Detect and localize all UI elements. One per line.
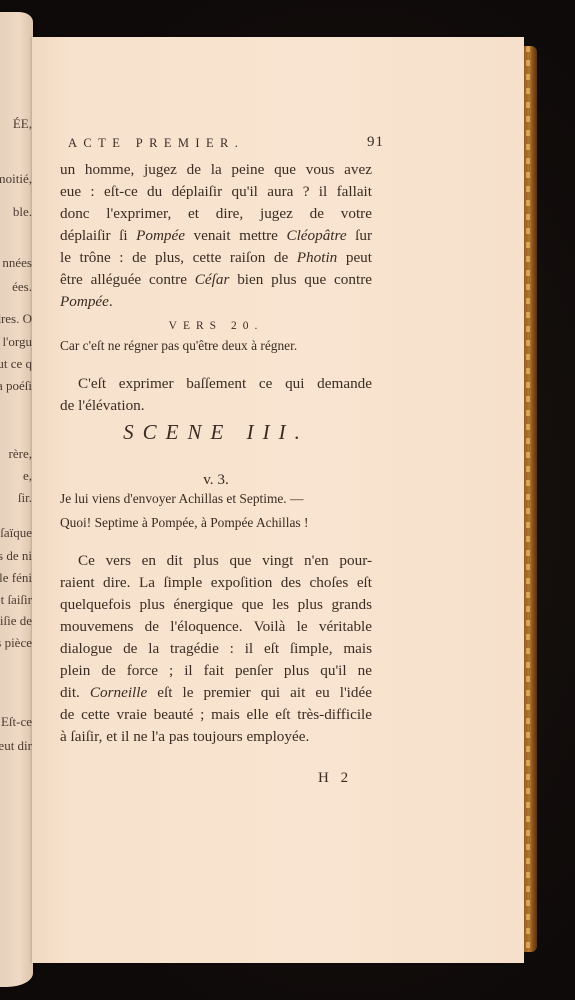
name-cesar: Céſar bbox=[195, 271, 230, 288]
left-page-text-fragment: ſaïque bbox=[0, 526, 32, 539]
text-line: raient dire. La ſimple expoſition des ch… bbox=[60, 572, 372, 594]
text-line: un homme, jugez de la peine que vous ave… bbox=[60, 159, 372, 181]
page-number: 91 bbox=[367, 134, 384, 151]
text-line: le trône : de plus, cette raiſon de Phot… bbox=[60, 247, 372, 269]
text-line: plein de force ; il fait penſer plus qu'… bbox=[60, 660, 372, 682]
name-corneille: Corneille bbox=[90, 684, 147, 701]
left-page-text-fragment: ſir. bbox=[18, 491, 32, 504]
scene-heading: SCENE III. bbox=[60, 421, 372, 443]
name-photin: Photin bbox=[297, 249, 338, 266]
left-page-text-fragment: yle féni bbox=[0, 571, 32, 584]
text-line: de cette vraie beauté ; mais elle eſt tr… bbox=[60, 704, 372, 726]
paragraph-2: C'eſt exprimer baſſement ce qui demande … bbox=[60, 373, 372, 417]
left-page-edge: ÉE,moitié,ble.nnéesées.dres. Oe l'orguou… bbox=[0, 12, 33, 987]
paragraph-1: un homme, jugez de la peine que vous ave… bbox=[60, 159, 372, 313]
signature-mark: H 2 bbox=[318, 767, 352, 789]
running-head-title: ACTE PREMIER. bbox=[68, 136, 244, 150]
name-pompee: Pompée bbox=[136, 227, 185, 244]
text-line: dialogue de la tragédie : il eſt ſimple,… bbox=[60, 638, 372, 660]
quoted-verse-2: Je lui viens d'envoyer Achillas et Septi… bbox=[60, 487, 372, 535]
left-page-text-fragment: ſaiſie de bbox=[0, 614, 32, 627]
verse-line: Je lui viens d'envoyer Achillas et Septi… bbox=[60, 487, 372, 511]
text-line: à ſaiſir, et il ne l'a pas toujours empl… bbox=[60, 726, 372, 748]
text-line: C'eſt exprimer baſſement ce qui demande bbox=[60, 373, 372, 395]
text-line: quelquefois plus énergique que les plus … bbox=[60, 594, 372, 616]
left-page-text-fragment: a poéſi bbox=[0, 379, 32, 392]
left-page-text-fragment: ées. bbox=[12, 280, 32, 293]
text-line: Pompée. bbox=[60, 291, 372, 313]
left-page-text-fragment: dres. O bbox=[0, 312, 32, 325]
left-page-text-fragment: moitié, bbox=[0, 172, 32, 185]
left-page-text-fragment: eut dir bbox=[0, 739, 32, 752]
running-head: ACTE PREMIER. 91 bbox=[68, 136, 380, 151]
left-page-text-fragment: t ſaiſir bbox=[1, 593, 32, 606]
text-line: être alléguée contre Céſar bien plus que… bbox=[60, 269, 372, 291]
left-page-text-fragment: ble. bbox=[13, 205, 32, 218]
binding-decoration bbox=[526, 46, 530, 952]
text-line: eue : eſt-ce du déplaiſir qu'il aura ? i… bbox=[60, 181, 372, 203]
left-page-text-fragment: Eſt-ce bbox=[1, 715, 32, 728]
left-page-text-fragment: e, bbox=[23, 469, 32, 482]
text-line: donc l'exprimer, et dire, jugez de votre bbox=[60, 203, 372, 225]
left-page-text-fragment: es pièce bbox=[0, 636, 32, 649]
name-pompee: Pompée bbox=[60, 293, 109, 310]
left-page-text-fragment: nnées bbox=[2, 256, 32, 269]
verse-line: Quoi! Septime à Pompée, à Pompée Achilla… bbox=[60, 511, 372, 535]
paragraph-3: Ce vers en dit plus que vingt n'en pour-… bbox=[60, 550, 372, 748]
name-cleopatre: Cléopâtre bbox=[286, 227, 346, 244]
text-line: déplaiſir ſi Pompée venait mettre Cléopâ… bbox=[60, 225, 372, 247]
text-line: de l'élévation. bbox=[60, 395, 372, 417]
left-page-text-fragment: out ce q bbox=[0, 357, 32, 370]
right-page: ACTE PREMIER. 91 un homme, jugez de la p… bbox=[32, 37, 524, 963]
quoted-verse-1: Car c'eſt ne régner pas qu'être deux à r… bbox=[60, 334, 372, 358]
text-line: dit. Corneille eſt le premier qui ait eu… bbox=[60, 682, 372, 704]
text-line: Ce vers en dit plus que vingt n'en pour- bbox=[60, 550, 372, 572]
text-line: mouvemens de l'éloquence. Voilà le vérit… bbox=[60, 616, 372, 638]
left-page-text-fragment: rère, bbox=[9, 447, 32, 460]
left-page-text-fragment: es de ni bbox=[0, 549, 32, 562]
left-page-text-fragment: ÉE, bbox=[13, 117, 32, 130]
left-page-text-fragment: e l'orgu bbox=[0, 335, 32, 348]
